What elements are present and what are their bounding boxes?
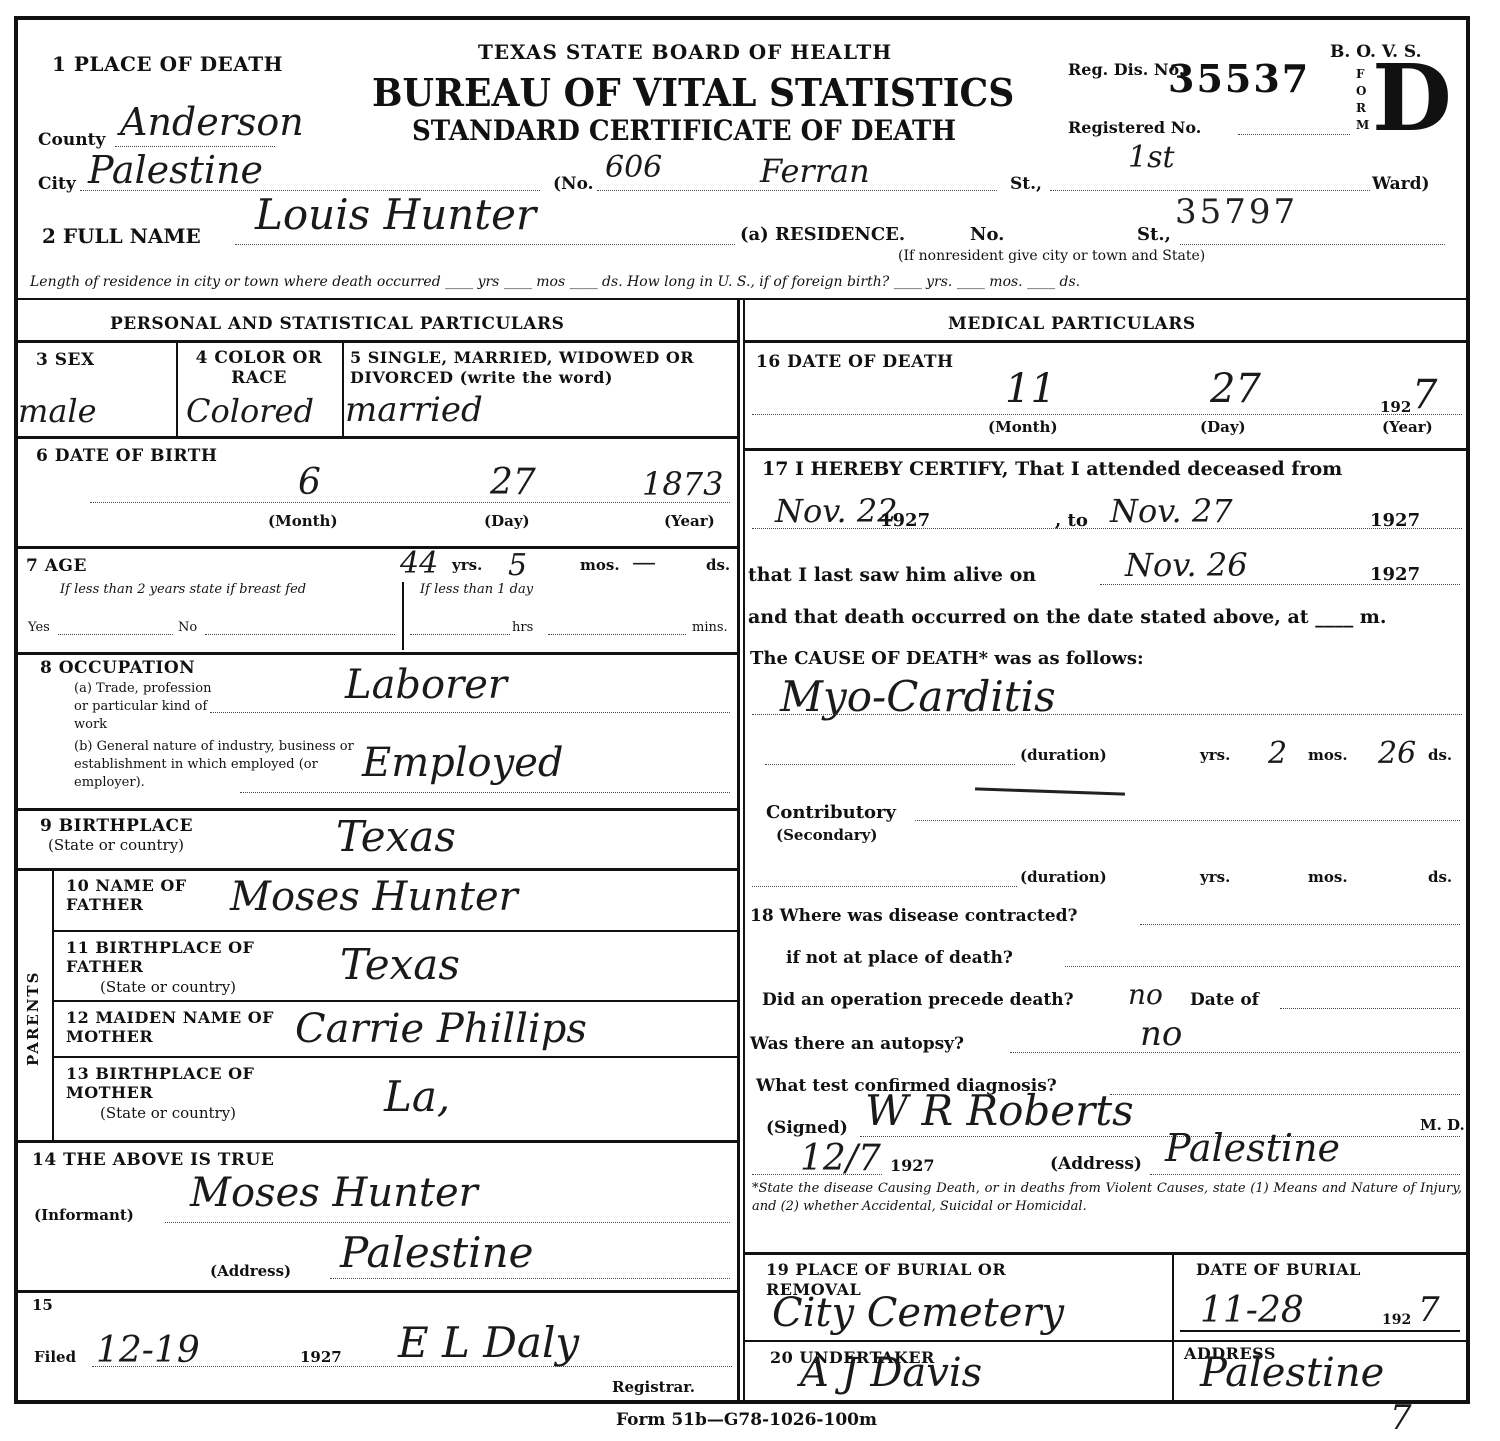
signed-address-value: Palestine: [1165, 1126, 1340, 1170]
reg-dis-number: 35537: [1168, 56, 1310, 101]
county-label: County: [38, 130, 105, 150]
race-label: 4 COLOR OR RACE: [184, 348, 334, 388]
burial-year-digit: 7: [1418, 1290, 1440, 1330]
informant-address-value: Palestine: [340, 1228, 533, 1277]
father-birthplace-caption: (State or country): [100, 978, 236, 996]
dod-year-digit: 7: [1412, 372, 1437, 418]
county-value: Anderson: [120, 100, 304, 144]
father-birthplace-label: 11 BIRTHPLACE OF FATHER: [66, 938, 266, 976]
father-birthplace-value: Texas: [340, 940, 460, 989]
yes-line: [58, 634, 173, 635]
marital-label: 5 SINGLE, MARRIED, WIDOWED OR DIVORCED (…: [350, 348, 730, 388]
mother-name-value: Carrie Phillips: [295, 1006, 587, 1052]
father-name-value: Moses Hunter: [230, 874, 518, 920]
item-15-label: 15: [32, 1296, 53, 1314]
cause-duration-mos: 2: [1268, 736, 1287, 771]
burial-date-value: 11-28: [1200, 1290, 1304, 1331]
test-line: [1110, 1094, 1460, 1095]
cause-dur-line: [765, 764, 1015, 765]
age-label: 7 AGE: [26, 556, 87, 576]
informant-label: (Informant): [34, 1206, 134, 1224]
form-code: D: [1372, 52, 1452, 144]
last-saw-value: Nov. 26: [1125, 546, 1248, 584]
last-saw-label: that I last saw him alive on: [748, 564, 1036, 586]
dod-month-cap: (Month): [988, 418, 1058, 436]
signed-address-label: (Address): [1050, 1154, 1142, 1174]
operation-label: Did an operation precede death?: [762, 990, 1074, 1010]
sex-label: 3 SEX: [36, 350, 95, 370]
contrib-duration-label: (duration): [1020, 868, 1107, 886]
residence-line: [1180, 244, 1445, 245]
dod-day: 27: [1210, 366, 1261, 412]
length-of-residence: Length of residence in city or town wher…: [30, 274, 1080, 290]
no-label: (No.: [553, 174, 594, 194]
registered-label: Registered No.: [1068, 118, 1201, 137]
attended-to: Nov. 27: [1110, 492, 1233, 530]
certificate-title: STANDARD CERTIFICATE OF DEATH: [412, 114, 956, 147]
dod-year-prefix: 192: [1380, 398, 1411, 416]
county-line: [115, 146, 275, 147]
age-months: 5: [508, 548, 527, 583]
age-ds-label: ds.: [706, 556, 730, 574]
city-value: Palestine: [88, 148, 263, 192]
no-label: No: [178, 620, 197, 635]
dob-line: [90, 502, 730, 503]
signed-date: 12/7: [800, 1138, 881, 1179]
cause-ds-label: ds.: [1428, 746, 1452, 764]
contrib-dur-line: [752, 886, 1017, 887]
contributory-line: [915, 820, 1460, 821]
burial-year-prefix: 192: [1382, 1312, 1411, 1328]
dob-month-cap: (Month): [268, 512, 338, 530]
birthplace-label: 9 BIRTHPLACE: [40, 816, 193, 836]
mins-line: [548, 634, 686, 635]
contrib-mos-label: mos.: [1308, 868, 1348, 886]
no-line: [205, 634, 395, 635]
contrib-yrs-label: yrs.: [1200, 868, 1230, 886]
cause-label: The CAUSE OF DEATH* was as follows:: [750, 648, 1144, 669]
age-days: —: [632, 548, 656, 576]
age-years: 44: [400, 546, 438, 581]
residence-stamp: 35797: [1175, 192, 1298, 232]
occupation-label: 8 OCCUPATION: [40, 658, 195, 678]
dob-label: 6 DATE OF BIRTH: [36, 446, 217, 466]
marital-value: married: [345, 390, 483, 430]
signed-line: [860, 1136, 1460, 1137]
to-label: , to: [1055, 510, 1088, 531]
corner-mark: 7: [1390, 1398, 1412, 1438]
occupation-b-label: (b) General nature of industry, business…: [74, 738, 354, 792]
mother-birthplace-label: 13 BIRTHPLACE OF MOTHER: [66, 1064, 266, 1102]
contributory-label: Contributory: [766, 802, 896, 823]
occupation-a-label: (a) Trade, profession or particular kind…: [74, 680, 214, 734]
hrs-label: hrs: [512, 620, 533, 635]
full-name-value: Louis Hunter: [255, 190, 536, 239]
signed-address-line: [1150, 1174, 1460, 1175]
cause-yrs-label: yrs.: [1200, 746, 1230, 764]
occupation-b-line: [240, 792, 730, 793]
nonresident-note: (If nonresident give city or town and St…: [898, 248, 1205, 264]
father-name-label: 10 NAME OF FATHER: [66, 876, 226, 914]
ward-label: Ward): [1372, 174, 1430, 194]
undertaker-address-value: Palestine: [1200, 1350, 1384, 1396]
age-yrs-label: yrs.: [452, 556, 482, 574]
registered-line: [1238, 134, 1350, 135]
where-contracted-label: 18 Where was disease contracted?: [750, 906, 1077, 926]
place-of-death-label: 1 PLACE OF DEATH: [52, 52, 283, 76]
house-number: 606: [605, 150, 662, 185]
filed-label: Filed: [34, 1348, 76, 1366]
cause-mos-label: mos.: [1308, 746, 1348, 764]
less-day-note: If less than 1 day: [420, 582, 533, 597]
st-label: St.,: [1010, 174, 1042, 194]
dod-label: 16 DATE OF DEATH: [756, 352, 954, 372]
form-letters: F O R M: [1356, 66, 1368, 134]
not-at-place-label: if not at place of death?: [786, 948, 1013, 968]
not-at-place-line: [1065, 966, 1460, 967]
dod-line: [752, 414, 1462, 415]
where-contracted-line: [1140, 924, 1460, 925]
dob-year-cap: (Year): [664, 512, 715, 530]
bureau-title: BUREAU OF VITAL STATISTICS: [372, 70, 1014, 115]
burial-date-label: DATE OF BURIAL: [1196, 1260, 1361, 1279]
ward-line: [1050, 190, 1370, 191]
cause-duration-ds: 26: [1378, 736, 1416, 771]
cause-line: [752, 714, 1462, 715]
occupation-b-value: Employed: [362, 740, 563, 786]
medical-section-title: MEDICAL PARTICULARS: [948, 314, 1196, 334]
cause-duration-label: (duration): [1020, 746, 1107, 764]
cause-footnote: *State the disease Causing Death, or in …: [752, 1180, 1462, 1216]
registrar-signature: E L Daly: [398, 1318, 579, 1367]
undertaker-value: A J Davis: [800, 1350, 982, 1396]
date-of-line: [1280, 1008, 1460, 1009]
dob-day: 27: [490, 462, 536, 503]
informant-address-label: (Address): [210, 1262, 291, 1280]
filed-year: 1927: [300, 1348, 342, 1366]
residence-st-label: St.,: [1137, 224, 1171, 245]
last-saw-year: 1927: [1370, 564, 1420, 585]
autopsy-label: Was there an autopsy?: [750, 1034, 964, 1054]
occurred-line: and that death occurred on the date stat…: [748, 606, 1387, 628]
dod-year-cap: (Year): [1382, 418, 1433, 436]
form-number: Form 51b—G78-1026-100m: [616, 1410, 877, 1430]
birthplace-value: Texas: [336, 812, 456, 861]
dob-month: 6: [298, 462, 321, 503]
residence-label: (a) RESIDENCE.: [740, 224, 905, 245]
mother-name-label: 12 MAIDEN NAME OF MOTHER: [66, 1008, 286, 1046]
birthplace-caption: (State or country): [48, 836, 184, 854]
burial-date-line: [1180, 1330, 1460, 1332]
occupation-a-line: [210, 712, 730, 713]
age-mos-label: mos.: [580, 556, 620, 574]
certify-line: 17 I HEREBY CERTIFY, That I attended dec…: [762, 458, 1342, 480]
burial-place-value: City Cemetery: [772, 1290, 1064, 1336]
informant-value: Moses Hunter: [190, 1170, 478, 1216]
dod-month: 11: [1005, 366, 1056, 412]
attended-line: [752, 528, 1462, 529]
parents-label: PARENTS: [24, 971, 42, 1066]
mins-label: mins.: [692, 620, 728, 635]
dob-day-cap: (Day): [484, 512, 530, 530]
mother-birthplace-value: La,: [384, 1072, 450, 1121]
md-label: M. D.: [1420, 1116, 1465, 1134]
signed-year: 1927: [890, 1156, 935, 1175]
ward-value: 1st: [1128, 140, 1175, 175]
full-name-line: [235, 244, 735, 245]
registrar-label: Registrar.: [612, 1378, 695, 1396]
sex-value: male: [18, 392, 97, 430]
personal-section-title: PERSONAL AND STATISTICAL PARTICULARS: [110, 314, 564, 334]
dod-day-cap: (Day): [1200, 418, 1246, 436]
race-value: Colored: [186, 392, 314, 430]
informant-address-line: [330, 1278, 730, 1279]
attended-to-year: 1927: [1370, 510, 1420, 531]
breast-fed-note: If less than 2 years state if breast fed: [60, 582, 306, 597]
informant-line: [165, 1222, 730, 1223]
contrib-ds-label: ds.: [1428, 868, 1452, 886]
attended-from-year: 1927: [880, 510, 930, 531]
residence-no-label: No.: [970, 224, 1004, 245]
yes-label: Yes: [28, 620, 50, 635]
signed-label: (Signed): [766, 1118, 848, 1138]
board-title: TEXAS STATE BOARD OF HEALTH: [478, 40, 892, 64]
date-of-label: Date of: [1190, 990, 1259, 1010]
no-line: [597, 190, 997, 191]
occupation-a-value: Laborer: [345, 662, 507, 708]
full-name-label: 2 FULL NAME: [42, 224, 201, 248]
street-value: Ferran: [760, 152, 870, 190]
autopsy-line: [1010, 1052, 1460, 1053]
above-true-label: 14 THE ABOVE IS TRUE: [32, 1150, 274, 1170]
filed-date: 12-19: [96, 1330, 200, 1371]
city-label: City: [38, 174, 76, 194]
signed-value: W R Roberts: [865, 1086, 1134, 1135]
mother-birthplace-caption: (State or country): [100, 1104, 236, 1122]
secondary-label: (Secondary): [776, 826, 877, 844]
hrs-line: [410, 634, 510, 635]
operation-value: no: [1128, 978, 1163, 1011]
dob-year: 1873: [642, 465, 723, 503]
autopsy-value: no: [1140, 1014, 1182, 1054]
